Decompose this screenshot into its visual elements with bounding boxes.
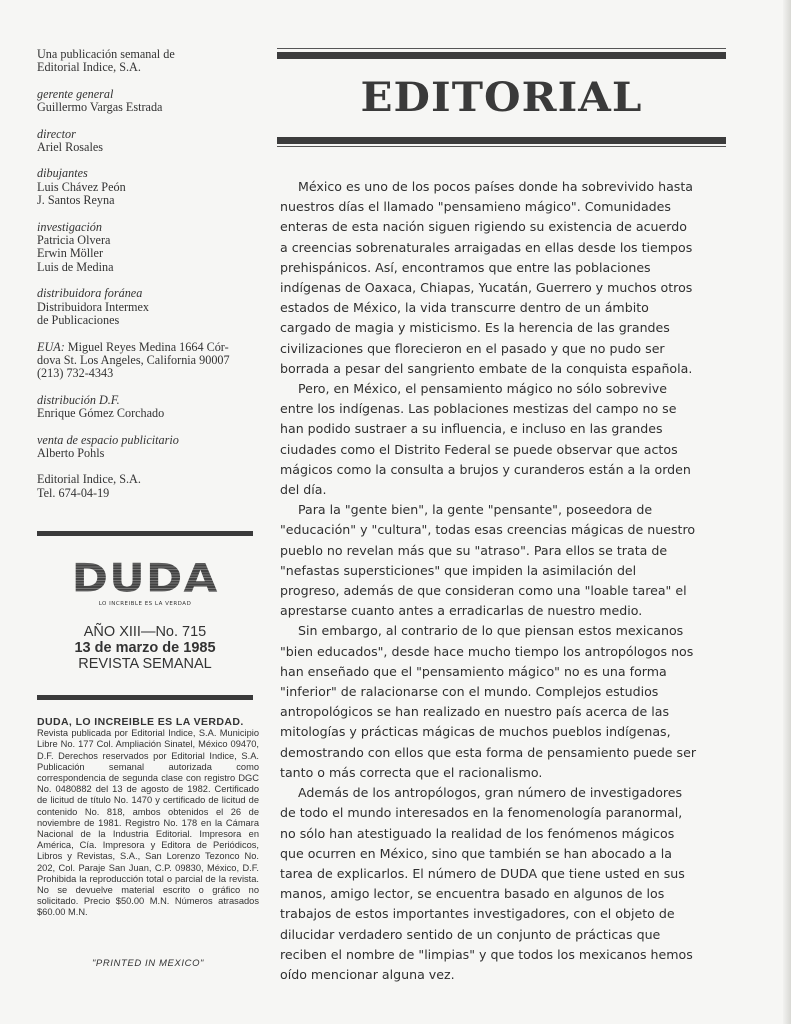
publisher-line: Editorial Indice, S.A.	[37, 61, 259, 74]
credit-publicidad: venta de espacio publicitario Alberto Po…	[37, 434, 259, 461]
credit-director: director Ariel Rosales	[37, 128, 259, 155]
credit-address: Miguel Reyes Medina 1664 Cór-	[68, 340, 229, 354]
header-bottom-bar	[277, 137, 726, 144]
contact-phone: Tel. 674-04-19	[37, 487, 259, 500]
credit-role: dibujantes	[37, 167, 259, 180]
paragraph: Pero, en México, el pensamiento mágico n…	[280, 379, 698, 500]
credit-investigacion: investigación Patricia Olvera Erwin Möll…	[37, 221, 259, 275]
credit-distribucion-df: distribución D.F. Enrique Gómez Corchado	[37, 394, 259, 421]
legal-body: Revista publicada por Editorial Indice, …	[37, 728, 259, 918]
credit-name: Guillermo Vargas Estrada	[37, 101, 259, 114]
credit-name: de Publicaciones	[37, 314, 259, 327]
credit-role: investigación	[37, 221, 259, 234]
credit-name: Erwin Möller	[37, 247, 259, 260]
issue-date: 13 de marzo de 1985	[37, 640, 253, 656]
credit-name: Enrique Gómez Corchado	[37, 407, 259, 420]
contact-company: Editorial Indice, S.A.	[37, 473, 259, 486]
credit-eua-line: EUA: Miguel Reyes Medina 1664 Cór-	[37, 341, 259, 354]
credit-phone: (213) 732-4343	[37, 367, 259, 380]
staff-credits: Una publicación semanal de Editorial Ind…	[37, 48, 259, 513]
credit-role: distribución D.F.	[37, 394, 259, 407]
credit-address: dova St. Los Angeles, California 90007	[37, 354, 259, 367]
contact-credit: Editorial Indice, S.A. Tel. 674-04-19	[37, 473, 259, 500]
credit-name: Luis de Medina	[37, 261, 259, 274]
duda-tagline: LO INCREIBLE ES LA VERDAD	[37, 601, 253, 607]
credit-name: Luis Chávez Peón	[37, 181, 259, 194]
paragraph: Sin embargo, al contrario de lo que pien…	[280, 621, 698, 783]
duda-logo: DUDA	[37, 559, 253, 599]
credit-name: Alberto Pohls	[37, 447, 259, 460]
masthead: DUDA LO INCREIBLE ES LA VERDAD AÑO XIII—…	[37, 545, 253, 672]
issue-info: AÑO XIII—No. 715 13 de marzo de 1985 REV…	[37, 624, 253, 672]
credit-gerente-general: gerente general Guillermo Vargas Estrada	[37, 88, 259, 115]
credit-role: distribuidora foránea	[37, 287, 259, 300]
printed-in-mexico: "PRINTED IN MEXICO"	[37, 958, 259, 969]
paragraph: Además de los antropólogos, gran número …	[280, 783, 698, 985]
header-top-bar	[277, 52, 726, 59]
editorial-body: México es uno de los pocos países donde …	[280, 177, 698, 985]
legal-notice: DUDA, LO INCREIBLE ES LA VERDAD. Revista…	[37, 717, 259, 919]
issue-frequency: REVISTA SEMANAL	[37, 656, 253, 672]
credit-role: venta de espacio publicitario	[37, 434, 259, 447]
header-bottom-hairline	[277, 146, 726, 147]
credit-role: director	[37, 128, 259, 141]
publisher-credit: Una publicación semanal de Editorial Ind…	[37, 48, 259, 75]
page-edge-shadow	[783, 0, 791, 1024]
credit-name: Patricia Olvera	[37, 234, 259, 247]
paragraph: Para la "gente bien", la gente "pensante…	[280, 500, 698, 621]
credit-eua: EUA: Miguel Reyes Medina 1664 Cór- dova …	[37, 341, 259, 381]
editorial-title: EDITORIAL	[266, 72, 737, 124]
divider-bottom	[37, 695, 253, 700]
credit-distribuidora-foranea: distribuidora foránea Distribuidora Inte…	[37, 287, 259, 327]
credit-dibujantes: dibujantes Luis Chávez Peón J. Santos Re…	[37, 167, 259, 207]
credit-name: Distribuidora Intermex	[37, 301, 259, 314]
issue-number: AÑO XIII—No. 715	[37, 624, 253, 640]
paragraph: México es uno de los pocos países donde …	[280, 177, 698, 379]
header-top-hairline	[277, 48, 726, 49]
publisher-line: Una publicación semanal de	[37, 48, 259, 61]
credit-role: gerente general	[37, 88, 259, 101]
legal-title: DUDA, LO INCREIBLE ES LA VERDAD.	[37, 717, 259, 728]
credit-role: EUA:	[37, 340, 65, 354]
credit-name: J. Santos Reyna	[37, 194, 259, 207]
divider-top	[37, 531, 253, 536]
credit-name: Ariel Rosales	[37, 141, 259, 154]
